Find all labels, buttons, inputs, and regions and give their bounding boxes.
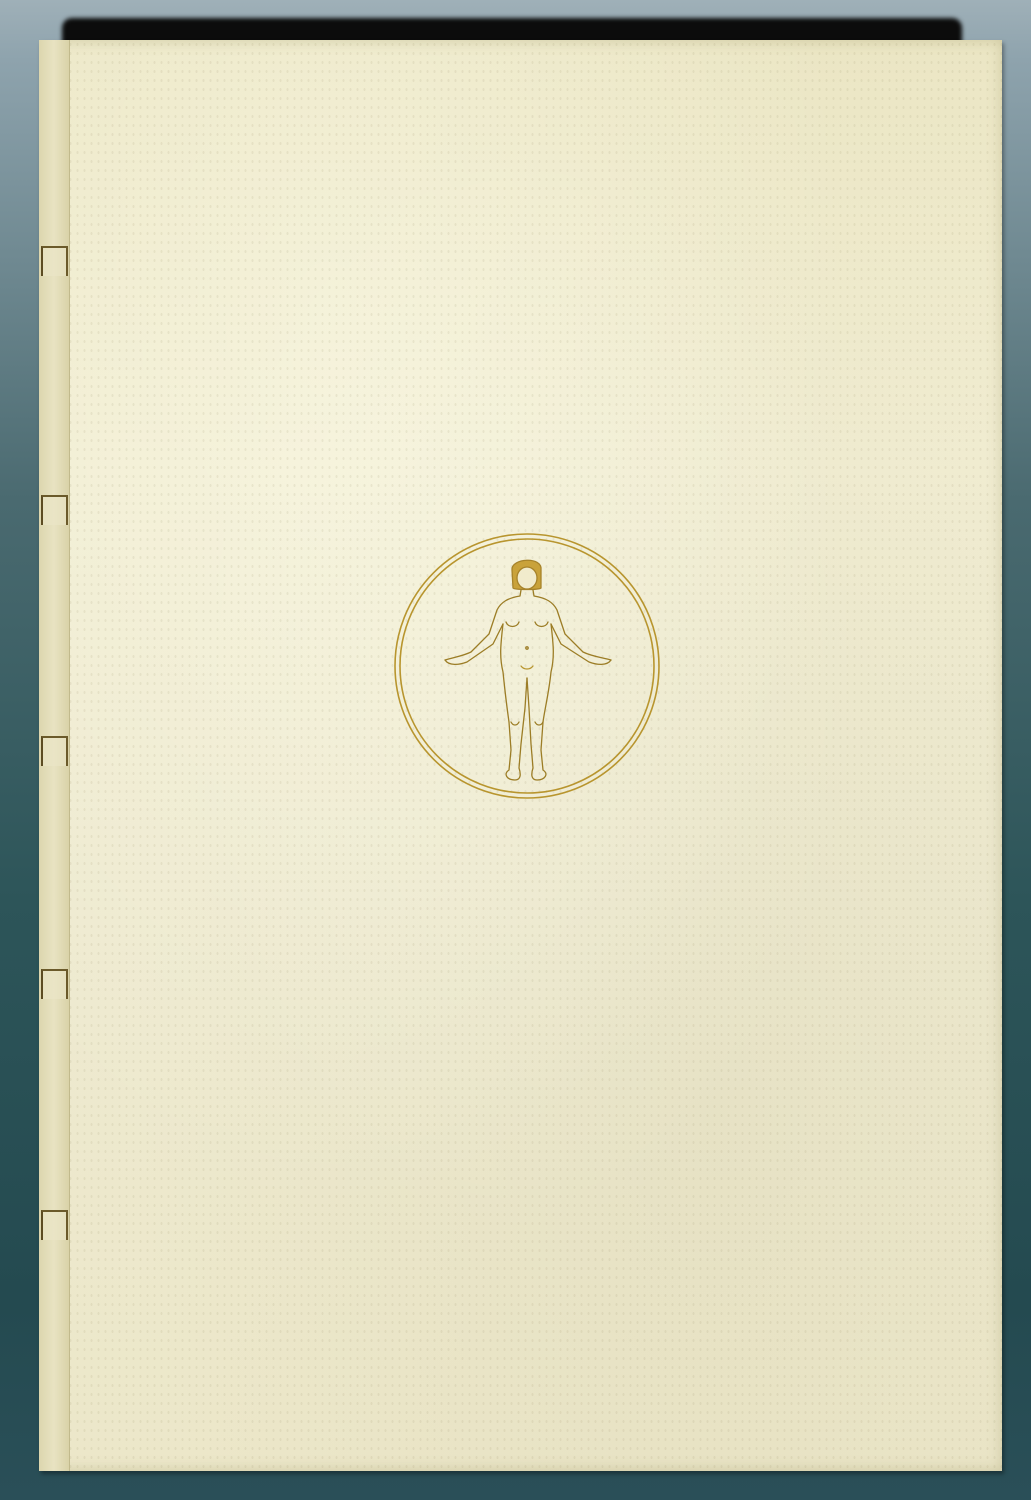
spine-tie-5	[41, 1210, 68, 1240]
spine-tie-4	[41, 969, 68, 999]
spine-tie-2	[41, 495, 68, 525]
spine-fold	[39, 40, 70, 1471]
gilt-medallion-icon	[393, 532, 661, 800]
spine-tie-3	[41, 736, 68, 766]
figure-icon	[445, 560, 611, 780]
spine-tie-1	[41, 246, 68, 276]
